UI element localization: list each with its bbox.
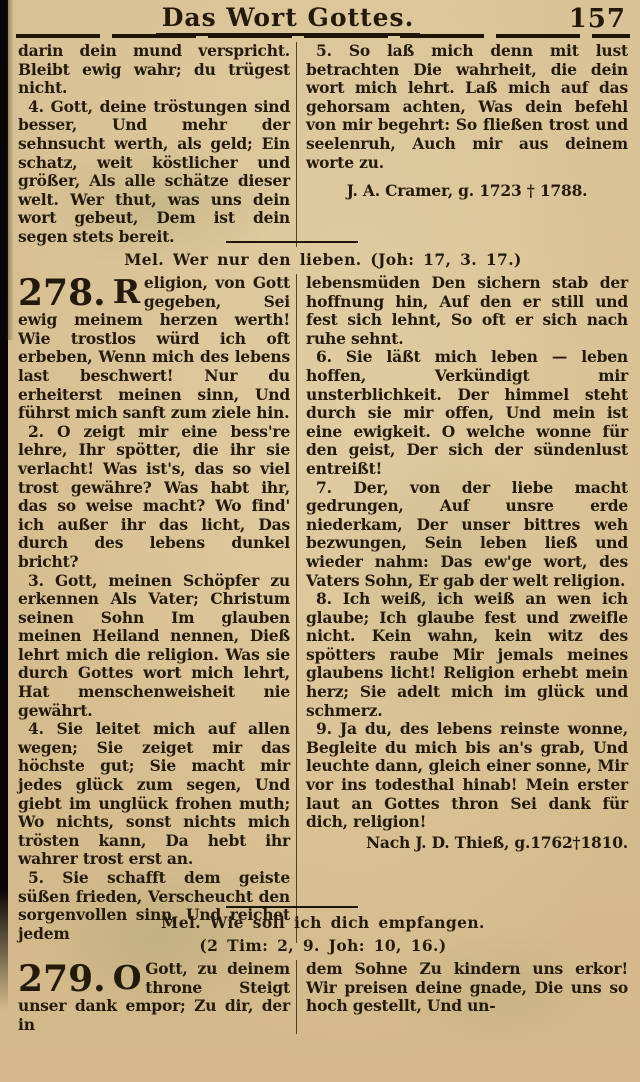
- hymn-279-initial: O: [113, 963, 142, 992]
- scan-edge-smudge: [6, 0, 14, 340]
- verse-paragraph: 2. O zeigt mir eine bess're lehre, Ihr s…: [18, 423, 290, 572]
- hymn-278-initial: R: [113, 277, 140, 306]
- verse-paragraph: 6. Sie läßt mich leben — leben hoffen, V…: [306, 348, 628, 478]
- hymn-279-number: 279.: [18, 963, 106, 996]
- hymn-278-block: 278. R eligion, von Gott gegeben, Sei ew…: [18, 274, 628, 943]
- hymn-278-melody-line: Mel. Wer nur den lieben. (Joh: 17, 3. 17…: [18, 250, 628, 269]
- section-divider: [226, 906, 358, 908]
- verse-paragraph: 4. Sie leitet mich auf allen wegen; Sie …: [18, 720, 290, 869]
- hymn-279-right-column: dem Sohne Zu kindern uns erkor! Wir prei…: [297, 960, 628, 1034]
- hymn-278-opening-paragraph: 278. R eligion, von Gott gegeben, Sei ew…: [18, 274, 290, 423]
- page-title: Das Wort Gottes.: [156, 3, 421, 36]
- verse-paragraph: 9. Ja du, des lebens reinste wonne, Begl…: [306, 720, 628, 832]
- hymn-277-block: darin dein mund verspricht. Bleibt ewig …: [18, 42, 628, 247]
- verse-paragraph: darin dein mund verspricht. Bleibt ewig …: [18, 42, 290, 98]
- hymn-277-attribution: J. A. Cramer, g. 1723 † 1788.: [306, 182, 628, 201]
- scanned-hymnal-page: Das Wort Gottes. 157 darin dein mund ver…: [0, 0, 640, 1082]
- page-number: 157: [569, 4, 626, 34]
- verse-paragraph: 3. Gott, meinen Schöpfer zu erkennen Als…: [18, 572, 290, 721]
- header-rule: [16, 34, 630, 38]
- hymn-278-right-verses: lebensmüden Den sichern stab der hoffnun…: [306, 274, 628, 832]
- hymn-279-opening-paragraph: 279. O Gott, zu deinem throne Steigt uns…: [18, 960, 290, 1034]
- hymn-279-block: 279. O Gott, zu deinem throne Steigt uns…: [18, 960, 628, 1034]
- hymn-279-scripture-line: (2 Tim: 2, 9. Joh: 10, 16.): [18, 936, 628, 955]
- hymn-279-melody-line: Mel. Wie soll ich dich empfangen.: [18, 913, 628, 932]
- verse-paragraph: 4. Gott, deine tröstungen sind besser, U…: [18, 98, 290, 247]
- verse-paragraph: 5. So laß mich denn mit lust betrachten …: [306, 42, 628, 172]
- verse-paragraph: dem Sohne Zu kindern uns erkor! Wir prei…: [306, 960, 628, 1016]
- page-header: Das Wort Gottes. 157: [18, 3, 628, 33]
- hymn-278-attribution: Nach J. D. Thieß, g.1762†1810.: [306, 834, 628, 853]
- hymn-279-left-column: 279. O Gott, zu deinem throne Steigt uns…: [18, 960, 290, 1034]
- hymn-278-left-verses: 2. O zeigt mir eine bess're lehre, Ihr s…: [18, 423, 290, 944]
- hymn-279-right-verses: dem Sohne Zu kindern uns erkor! Wir prei…: [306, 960, 628, 1016]
- verse-paragraph: 7. Der, von der liebe macht gedrungen, A…: [306, 479, 628, 591]
- hymn-278-right-column: lebensmüden Den sichern stab der hoffnun…: [297, 274, 628, 943]
- verse-paragraph: lebensmüden Den sichern stab der hoffnun…: [306, 274, 628, 348]
- hymn-277-right-column: 5. So laß mich denn mit lust betrachten …: [297, 42, 628, 247]
- hymn-278-number: 278.: [18, 277, 106, 310]
- verse-paragraph: 8. Ich weiß, ich weiß an wen ich glaube;…: [306, 590, 628, 720]
- hymn-277-left-column: darin dein mund verspricht. Bleibt ewig …: [18, 42, 290, 247]
- hymn-278-left-column: 278. R eligion, von Gott gegeben, Sei ew…: [18, 274, 290, 943]
- hymn-277-right-verses: 5. So laß mich denn mit lust betrachten …: [306, 42, 628, 172]
- section-divider: [226, 241, 358, 243]
